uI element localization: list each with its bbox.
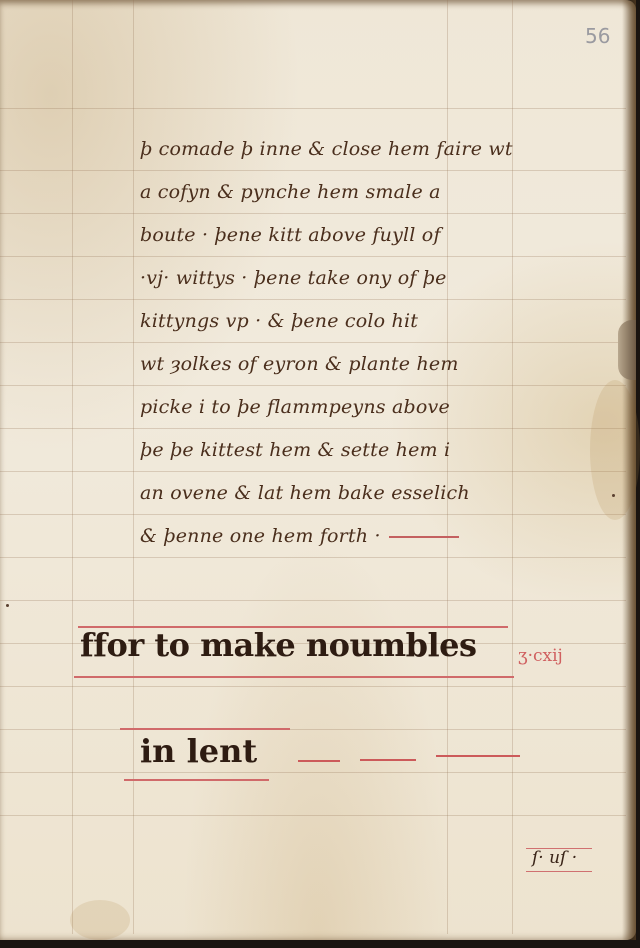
manuscript-page: 56 þ comade þ inne & close hem faire wt … (0, 0, 636, 940)
rubric-rule-bottom (124, 779, 269, 781)
text-line: kittyngs vp · & þene colo hit (140, 300, 520, 343)
ruling-line-horizontal (0, 772, 626, 773)
ruling-line-horizontal (0, 108, 626, 109)
page-tab (618, 320, 636, 380)
text-line: picke i to þe flammpeyns above (140, 386, 520, 429)
ink-dot (612, 494, 615, 497)
ruling-line-horizontal (0, 729, 626, 730)
ink-dot (6, 604, 9, 607)
rubric-heading-line1: ffor to make noumbles (80, 626, 477, 664)
background-edge (0, 940, 640, 948)
body-text-block: þ comade þ inne & close hem faire wt a c… (140, 128, 520, 558)
ruling-line-horizontal (0, 600, 626, 601)
text-line: wt ȝolkes of eyron & plante hem (140, 343, 520, 386)
text-line: boute · þene kitt above fuyll of (140, 214, 520, 257)
text-line: a cofyn & pynche hem smale a (140, 171, 520, 214)
text-line: þ comade þ inne & close hem faire wt (140, 128, 520, 171)
text-line: þe þe kittest hem & sette hem i (140, 429, 520, 472)
text-line: an ovene & lat hem bake esselich (140, 472, 520, 515)
text-line: ·vj· wittys · þene take ony of þe (140, 257, 520, 300)
ruling-line-vertical (133, 0, 134, 934)
rubric-rule-bottom (74, 676, 514, 678)
red-line-filler (360, 759, 416, 761)
text-line-content: & þenne one hem forth · (140, 525, 381, 547)
ruling-line-horizontal (0, 686, 626, 687)
ruling-line-vertical (72, 0, 73, 934)
rubric-rule-top (120, 728, 290, 730)
red-line-filler (298, 760, 340, 762)
rubric-heading-line2: in lent (140, 732, 257, 770)
catchword: ſ· uſ · (532, 848, 577, 868)
red-line-filler (389, 536, 459, 538)
stain (70, 900, 130, 940)
red-line-filler (436, 755, 520, 757)
recipe-number: ʒ·cxij (518, 646, 563, 666)
text-line-last: & þenne one hem forth · (140, 515, 520, 558)
ruling-line-horizontal (0, 815, 626, 816)
page-edge-shadow (622, 0, 636, 940)
folio-number: 56 (585, 24, 610, 48)
